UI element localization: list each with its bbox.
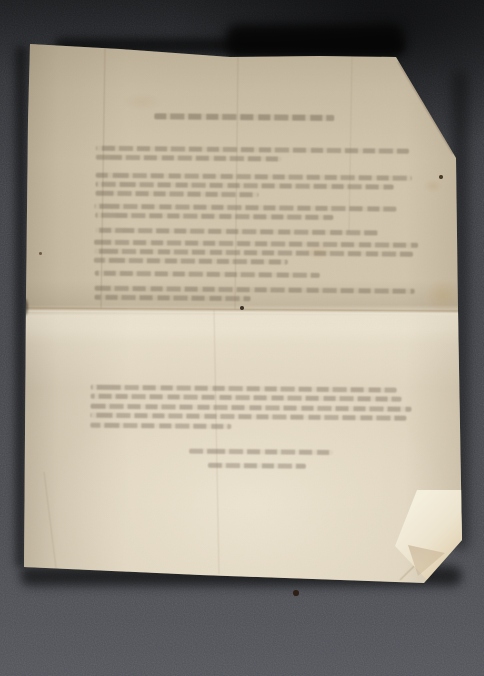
text-line (96, 182, 394, 190)
signoff-line (208, 463, 306, 469)
text-line (90, 413, 406, 421)
text-line (94, 258, 288, 265)
photo-of-document (0, 0, 484, 676)
text-line (91, 385, 397, 393)
text-line (96, 173, 412, 181)
text-line (95, 213, 333, 220)
text-line (95, 295, 251, 301)
text-line (95, 286, 415, 294)
text-line (96, 155, 282, 162)
text-line (96, 191, 259, 198)
text-line (95, 271, 320, 278)
text-line (91, 394, 402, 402)
typewritten-text-block (17, 42, 462, 587)
signoff-line (189, 449, 333, 455)
curled-edge-shadow (226, 24, 404, 57)
text-line (94, 240, 418, 248)
speck (293, 590, 298, 595)
text-line (90, 404, 411, 412)
text-line (95, 228, 378, 236)
text-line (96, 146, 409, 154)
speck (39, 252, 42, 255)
document-paper (22, 42, 462, 583)
text-line (94, 249, 413, 257)
text-line (90, 423, 231, 429)
title-line (154, 113, 334, 121)
text-line (94, 204, 396, 212)
speck (240, 306, 244, 310)
